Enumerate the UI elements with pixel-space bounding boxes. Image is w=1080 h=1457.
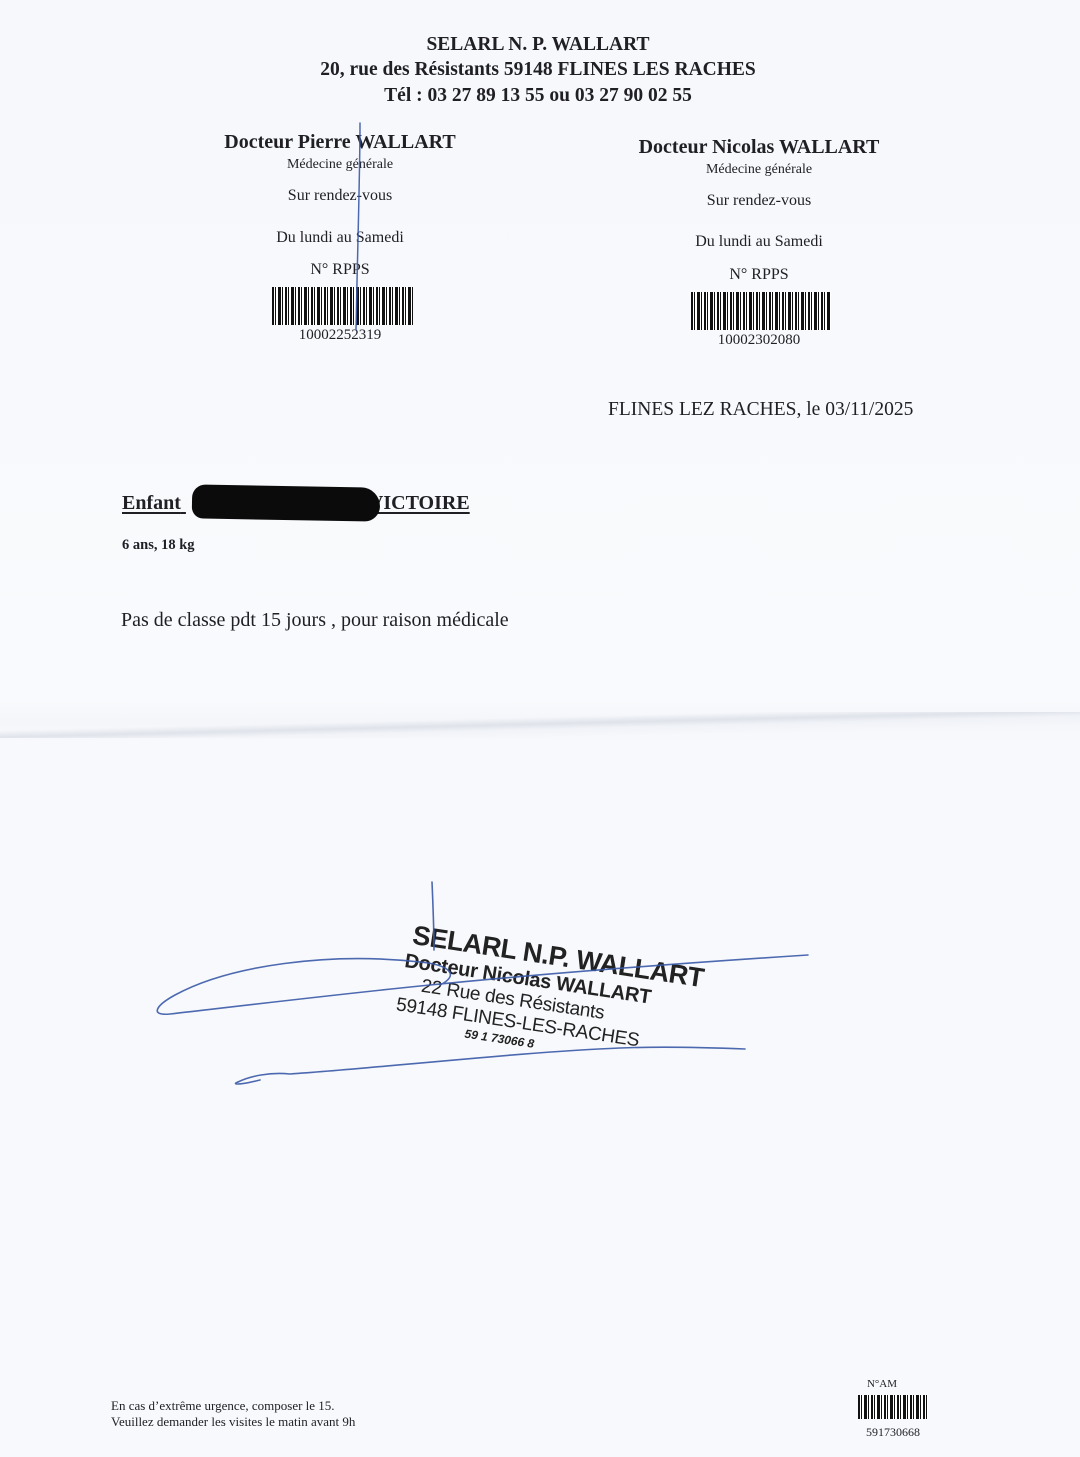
doctor-name: Docteur Nicolas WALLART <box>639 136 880 159</box>
doctor-name: Docteur Pierre WALLART <box>224 131 455 154</box>
patient-prefix: Enfant <box>122 492 181 514</box>
doctor-days: Du lundi au Samedi <box>695 233 823 251</box>
rpps-number: 10002252319 <box>299 327 382 344</box>
prescription-text: Pas de classe pdt 15 jours , pour raison… <box>121 609 509 632</box>
footer-emergency: En cas d’extrême urgence, composer le 15… <box>111 1398 355 1414</box>
rpps-label: N° RPPS <box>310 261 369 279</box>
rpps-barcode <box>272 287 413 325</box>
letterhead-address: 20, rue des Résistants 59148 FLINES LES … <box>320 58 756 82</box>
footer-visits: Veuillez demander les visites le matin a… <box>111 1414 355 1430</box>
footer-notes: En cas d’extrême urgence, composer le 15… <box>111 1398 355 1430</box>
doctor-appointment: Sur rendez-vous <box>707 192 811 210</box>
am-number: 591730668 <box>866 1425 920 1440</box>
rpps-barcode <box>691 292 831 330</box>
letterhead-phone: Tél : 03 27 89 13 55 ou 03 27 90 02 55 <box>384 84 692 108</box>
am-barcode <box>858 1395 928 1419</box>
patient-age-weight: 6 ans, 18 kg <box>122 537 195 554</box>
doctor-specialty: Médecine générale <box>706 162 812 178</box>
am-label: N°AM <box>867 1378 897 1390</box>
patient-name-suffix: VICTOIRE <box>369 492 470 514</box>
doctor-specialty: Médecine générale <box>287 157 393 173</box>
letterhead-company: SELARL N. P. WALLART <box>426 33 649 57</box>
paper-fold <box>0 712 1080 738</box>
rpps-number: 10002302080 <box>718 332 801 349</box>
redaction-mark <box>192 484 381 521</box>
doctor-days: Du lundi au Samedi <box>276 229 404 247</box>
doctor-appointment: Sur rendez-vous <box>288 187 392 205</box>
place-date: FLINES LEZ RACHES, le 03/11/2025 <box>608 399 913 421</box>
rpps-label: N° RPPS <box>729 266 788 284</box>
